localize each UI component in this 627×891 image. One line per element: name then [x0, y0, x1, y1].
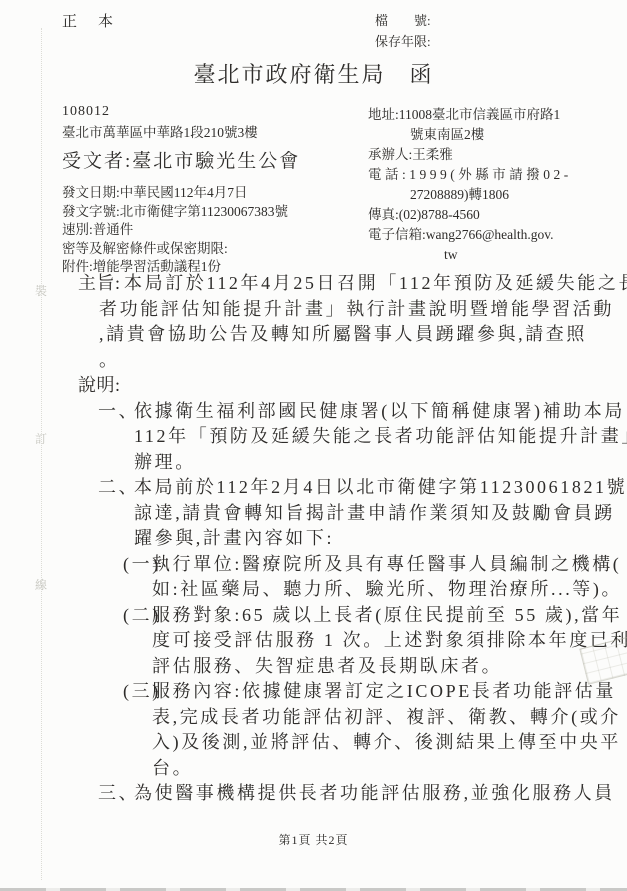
body-line: (三)服務內容:依據健康署訂定之ICOPE長者功能評估量 — [152, 679, 627, 705]
body-text: 本局訂於112年4月25日召開「112年預防及延緩失能之長 — [124, 273, 627, 293]
body-text: 為使醫事機構提供長者功能評估服務,並強化服務人員 — [134, 783, 615, 803]
body-line: 表,完成長者功能評估初評、複評、衛教、轉介(或介 — [152, 705, 627, 731]
body-line: 如:社區藥局、聽力所、驗光所、物理治療所...等)。 — [152, 577, 627, 603]
body-item: (一)執行單位:醫療院所及具有專任醫事人員編制之機構(如:社區藥局、聽力所、驗光… — [78, 552, 627, 603]
binding-mark: 裝 — [35, 282, 47, 299]
body-item-marker: (二) — [123, 603, 161, 629]
body-section-label: 說明: — [78, 373, 124, 399]
body-item: (二)服務對象:65 歲以上長者(原住民提前至 55 歲),當年度可接受評估服務… — [78, 603, 627, 680]
contact-line: tw — [444, 245, 572, 265]
body-section-label: 主旨: — [78, 271, 124, 297]
contact-line: 號東南區2樓 — [410, 125, 572, 145]
recipient-address: 臺北市萬華區中華路1段210號3樓 — [62, 121, 300, 141]
body-text: 服務內容:依據健康署訂定之ICOPE長者功能評估量 — [152, 681, 616, 701]
recipient-postal-code: 108012 — [62, 104, 300, 120]
recipient-line: 受文者:臺北市驗光生公會 — [62, 146, 300, 173]
page-number-footer: 第1頁 共2頁 — [0, 831, 627, 848]
body-item-marker: (一) — [123, 552, 161, 578]
contact-line: 電話:1999(外縣市請撥02- — [368, 165, 572, 185]
body-text: 執行單位:醫療院所及具有專任醫事人員編制之機構( — [152, 554, 621, 574]
body-item: (三)服務內容:依據健康署訂定之ICOPE長者功能評估量表,完成長者功能評估初評… — [78, 679, 627, 781]
body-item: 一、依據衛生福利部國民健康署(以下簡稱健康署)補助本局112年「預防及延緩失能之… — [78, 399, 627, 476]
body-item-marker: 一、 — [98, 399, 139, 425]
body-line: 一、依據衛生福利部國民健康署(以下簡稱健康署)補助本局 — [134, 399, 627, 425]
file-number-block: 檔 號: 保存年限: — [375, 10, 431, 52]
document-title: 臺北市政府衛生局 函 — [0, 58, 627, 89]
body-line: 說明: — [78, 373, 627, 399]
body-line: 躍參與,計畫內容如下: — [134, 526, 627, 552]
body-line: 主旨:本局訂於112年4月25日召開「112年預防及延緩失能之長 — [78, 271, 627, 297]
body-line: 二、本局前於112年2月4日以北市衛健字第11230061821號函 — [134, 475, 627, 501]
body-item-marker: (三) — [123, 679, 161, 705]
body-line: ,請貴會協助公告及轉知所屬醫事人員踴躍參與,請查照 — [99, 322, 627, 348]
document-meta-list: 發文日期:中華民國112年4月7日發文字號:北市衛健字第11230067383號… — [62, 184, 300, 277]
body-text: 服務對象:65 歲以上長者(原住民提前至 55 歲),當年 — [152, 605, 622, 625]
contact-info-block: 地址:11008臺北市信義區市府路1號東南區2樓承辦人:王柔雅電話:1999(外… — [368, 105, 572, 265]
file-number-label: 檔 號: — [375, 10, 431, 31]
meta-line: 發文日期:中華民國112年4月7日 — [62, 184, 300, 203]
body-item-marker: 二、 — [98, 475, 139, 501]
contact-line: 電子信箱:wang2766@health.gov. — [368, 225, 572, 245]
body-item: 二、本局前於112年2月4日以北市衛健字第11230061821號函諒達,請貴會… — [78, 475, 627, 552]
body-item: 說明: — [78, 373, 627, 399]
body-line: 諒達,請貴會轉知旨揭計畫申請作業須知及鼓勵會員踴 — [134, 501, 627, 527]
body-line: 評估服務、失智症患者及長期臥床者。 — [152, 654, 627, 680]
contact-line: 地址:11008臺北市信義區市府路1 — [368, 105, 572, 125]
meta-line: 速別:普通件 — [62, 221, 300, 240]
recipient-block: 108012 臺北市萬華區中華路1段210號3樓 受文者:臺北市驗光生公會 發文… — [62, 104, 300, 277]
retention-period-label: 保存年限: — [375, 31, 431, 52]
body-item-marker: 三、 — [98, 781, 139, 807]
document-body: 主旨:本局訂於112年4月25日召開「112年預防及延緩失能之長者功能評估知能提… — [78, 271, 627, 807]
binding-dotted-line: 裝訂線 — [41, 28, 43, 880]
contact-line: 承辦人:王柔雅 — [368, 145, 572, 165]
body-line: 入)及後測,並將評估、轉介、後測結果上傳至中央平 — [152, 730, 627, 756]
body-text: 依據衛生福利部國民健康署(以下簡稱健康署)補助本局 — [134, 401, 625, 421]
meta-line: 發文字號:北市衛健字第11230067383號 — [62, 203, 300, 222]
binding-mark: 訂 — [35, 430, 47, 447]
copy-type-label: 正 本 — [62, 10, 116, 31]
meta-line: 密等及解密條件或保密期限: — [62, 240, 300, 259]
contact-line: 27208889)轉1806 — [410, 185, 572, 205]
body-text: 本局前於112年2月4日以北市衛健字第11230061821號函 — [134, 477, 627, 497]
body-line: (一)執行單位:醫療院所及具有專任醫事人員編制之機構( — [152, 552, 627, 578]
body-line: 者功能評估知能提升計畫」執行計畫說明暨增能學習活動 — [99, 297, 627, 323]
body-line: 112年「預防及延緩失能之長者功能評估知能提升計畫」 — [134, 424, 627, 450]
body-line: 台。 — [152, 756, 627, 782]
body-line: 辦理。 — [134, 450, 627, 476]
body-line: 度可接受評估服務 1 次。上述對象須排除本年度已利用 — [152, 628, 627, 654]
body-line: 三、為使醫事機構提供長者功能評估服務,並強化服務人員 — [134, 781, 627, 807]
body-line: (二)服務對象:65 歲以上長者(原住民提前至 55 歲),當年 — [152, 603, 627, 629]
body-line: 。 — [99, 348, 627, 374]
scanned-official-letter-page: 裝訂線 正 本 檔 號: 保存年限: 臺北市政府衛生局 函 108012 臺北市… — [0, 0, 627, 891]
contact-line: 傳真:(02)8788-4560 — [368, 205, 572, 225]
body-item: 三、為使醫事機構提供長者功能評估服務,並強化服務人員 — [78, 781, 627, 807]
binding-mark: 線 — [35, 576, 47, 593]
body-item: 主旨:本局訂於112年4月25日召開「112年預防及延緩失能之長者功能評估知能提… — [78, 271, 627, 373]
